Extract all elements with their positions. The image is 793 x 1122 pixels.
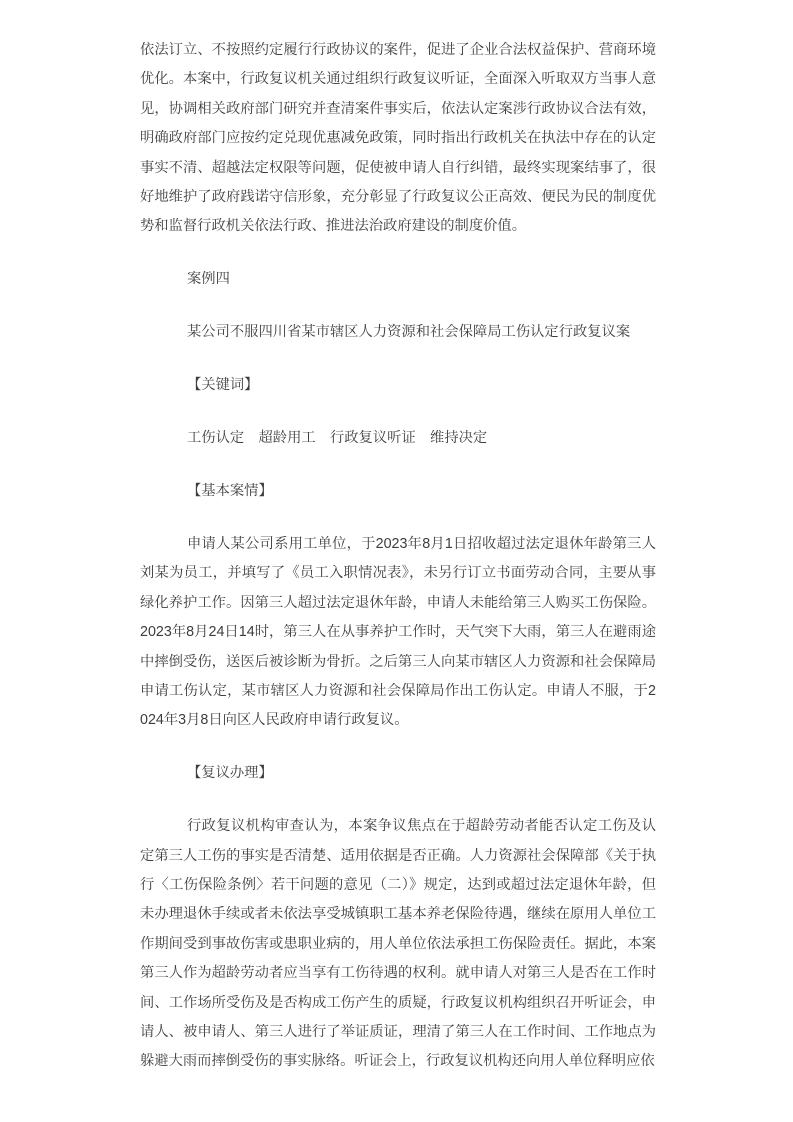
paragraph-continuation: 依法订立、不按照约定履行行政协议的案件，促进了企业合法权益保护、营商环境优化。本… <box>140 36 656 242</box>
section-label-keywords: 【关键词】 <box>140 371 656 400</box>
case-number-heading: 案例四 <box>140 265 656 294</box>
paragraph-review-handling: 行政复议机构审查认为，本案争议焦点在于超龄劳动者能否认定工伤及认定第三人工伤的事… <box>140 812 656 1077</box>
document-page: 依法订立、不按照约定履行行政协议的案件，促进了企业合法权益保护、营商环境优化。本… <box>0 0 793 1122</box>
paragraph-basic-facts: 申请人某公司系用工单位，于2023年8月1日招收超过法定退休年龄第三人刘某为员工… <box>140 530 656 736</box>
document-text-block: 依法订立、不按照约定履行行政协议的案件，促进了企业合法权益保护、营商环境优化。本… <box>140 36 656 1077</box>
keywords-line: 工伤认定 超龄用工 行政复议听证 维持决定 <box>140 424 656 453</box>
case-title: 某公司不服四川省某市辖区人力资源和社会保障局工伤认定行政复议案 <box>140 318 656 347</box>
section-label-basic-facts: 【基本案情】 <box>140 477 656 506</box>
section-label-review-handling: 【复议办理】 <box>140 759 656 788</box>
